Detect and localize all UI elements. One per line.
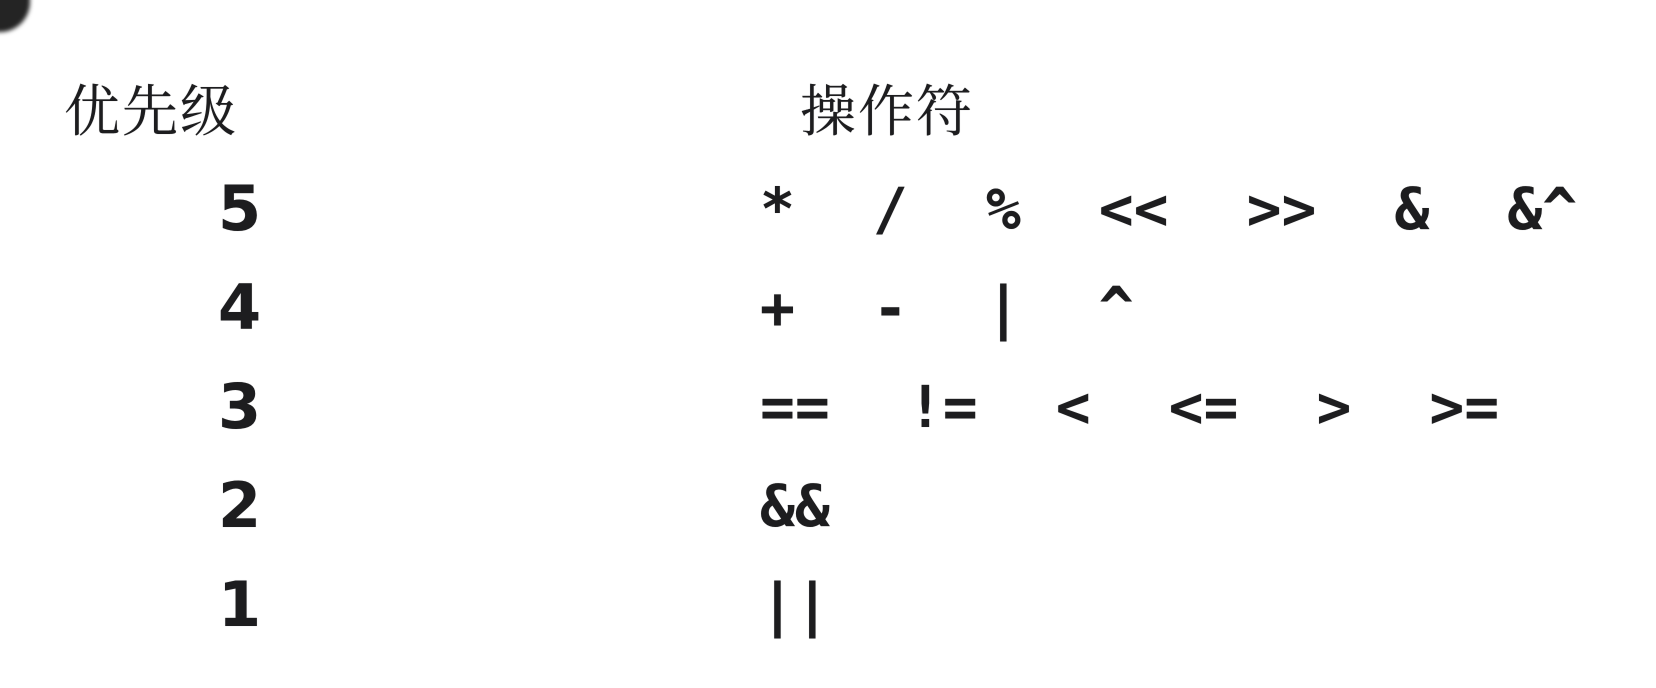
operator-token: % [986,175,1021,243]
precedence-row-3: 3 == != < <= > >= [0,357,1656,456]
operator-token: * [760,175,795,243]
operator-token: >> [1247,175,1317,243]
operator-token: <= [1169,373,1239,441]
operator-token: > [1316,373,1351,441]
operator-token: & [1394,175,1429,243]
table-header-row: 优先级 操作符 [0,84,1656,142]
operator-token: < [1056,373,1091,441]
operator-token: == [760,373,830,441]
operator-token: | [986,274,1021,342]
operator-token: >= [1429,373,1499,441]
operator-token: && [760,472,830,540]
operator-list: + - | ^ [760,258,1134,357]
operator-token: << [1099,175,1169,243]
operator-list: && [760,456,830,555]
precedence-row-1: 1 || [0,555,1656,654]
operator-token: ^ [1099,274,1134,342]
operator-token: + [760,274,795,342]
precedence-value: 4 [218,258,261,357]
precedence-row-4: 4 + - | ^ [0,258,1656,357]
precedence-value: 1 [218,555,261,654]
precedence-row-5: 5 * / % << >> & &^ [0,159,1656,258]
operator-list: == != < <= > >= [760,357,1499,456]
precedence-value: 3 [218,357,261,456]
precedence-column-header: 优先级 [64,84,238,142]
operators-column-header: 操作符 [800,84,974,142]
operator-token: &^ [1507,175,1577,243]
precedence-row-2: 2 && [0,456,1656,555]
operator-token: != [908,373,978,441]
operator-list: || [760,555,830,654]
precedence-value: 2 [218,456,261,555]
table-body: 5 * / % << >> & &^ 4 + - | ^ 3 == [0,159,1656,654]
operator-list: * / % << >> & &^ [760,159,1577,258]
operator-precedence-table: 优先级 操作符 5 * / % << >> & &^ 4 + - | ^ [0,0,1656,688]
precedence-value: 5 [218,159,261,258]
operator-token: / [873,175,908,243]
operator-token: || [760,571,830,639]
operator-token: - [873,274,908,342]
